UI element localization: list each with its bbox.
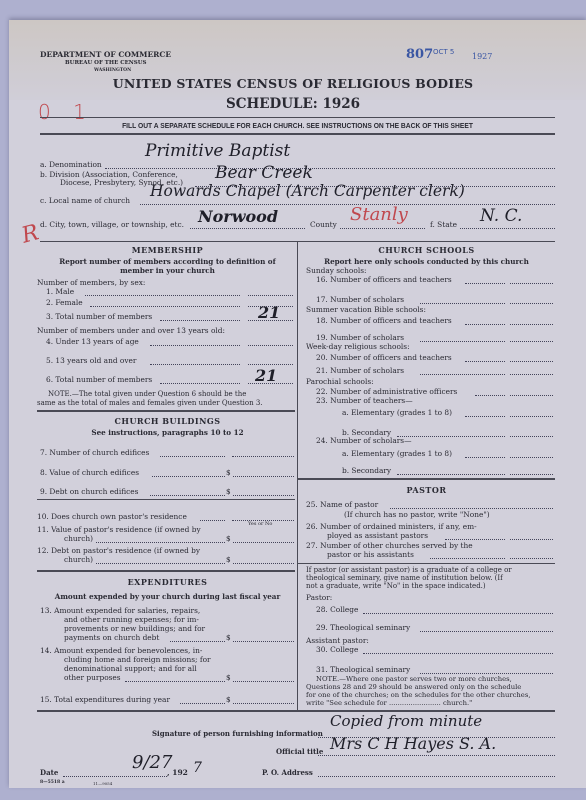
denomination-field[interactable]: Primitive Baptist	[145, 141, 290, 161]
assistant-sub-label: Assistant pastor:	[306, 636, 369, 645]
q8-label: 8. Value of church edifices	[40, 468, 139, 477]
form-title: UNITED STATES CENSUS OF RELIGIOUS BODIES	[0, 76, 586, 91]
signature-label: Signature of person furnishing informati…	[152, 729, 323, 738]
q13-label-2: and other running expenses; for im-	[64, 615, 199, 624]
city-label: d. City, town, village, or township, etc…	[40, 220, 184, 229]
county-field[interactable]: Stanly	[350, 204, 408, 225]
q12-label-1: 12. Debt on pastor's residence (if owned…	[37, 546, 200, 555]
q15-label: 15. Total expenditures during year	[40, 695, 170, 704]
q21-field[interactable]	[510, 374, 553, 375]
stamp-year: 1927	[472, 52, 492, 61]
church-buildings-heading: CHURCH BUILDINGS	[40, 416, 295, 426]
yes-no-hint: Yes or No	[248, 521, 272, 527]
q29-label: 29. Theological seminary	[316, 623, 410, 632]
q24a-label: a. Elementary (grades 1 to 8)	[342, 449, 452, 458]
q14-label-3: denominational support; and for all	[64, 664, 197, 673]
dollar-sign: $	[226, 673, 231, 682]
q19-field[interactable]	[510, 341, 553, 342]
q6-field[interactable]: 21	[255, 366, 277, 385]
year-prefix: , 192	[167, 768, 188, 777]
q16-label: 16. Number of officers and teachers	[316, 275, 452, 284]
q29-field[interactable]	[420, 631, 553, 632]
q4-label: 4. Under 13 years of age	[46, 337, 139, 346]
q30-field[interactable]	[363, 653, 553, 654]
dollar-sign: $	[226, 555, 231, 564]
po-address-field[interactable]	[318, 776, 555, 777]
stamp-number: 807	[406, 47, 433, 62]
q14-field[interactable]	[233, 681, 294, 682]
membership-note-2: same as the total of males and females g…	[37, 399, 263, 408]
summer-schools-label: Summer vacation Bible schools:	[306, 305, 426, 314]
q13-label-1: 13. Amount expended for salaries, repair…	[40, 606, 200, 615]
q11-field[interactable]	[233, 542, 294, 543]
bureau-label: BUREAU OF THE CENSUS	[65, 60, 147, 66]
q26-label-1: 26. Number of ordained ministers, if any…	[306, 522, 477, 531]
pastor-note-4: write "See schedule for ................…	[306, 699, 472, 708]
q25-label: 25. Name of pastor	[306, 500, 378, 509]
q24-label: 24. Number of scholars—	[316, 436, 412, 445]
q1-label: 1. Male	[46, 287, 74, 296]
q20-field[interactable]	[510, 361, 553, 362]
membership-heading: MEMBERSHIP	[40, 245, 295, 255]
q24b-field[interactable]	[510, 474, 553, 475]
membership-note-1: NOTE.—The total given under Question 6 s…	[48, 390, 246, 399]
church-buildings-sub: See instructions, paragraphs 10 to 12	[40, 428, 295, 437]
official-title-label: Official title	[276, 747, 323, 756]
local-name-field[interactable]: Howards Chapel (Arch Carpenter clerk)	[150, 182, 465, 200]
q14-label-1: 14. Amount expended for benevolences, in…	[40, 646, 202, 655]
state-label: f. State	[430, 220, 457, 229]
q17-field[interactable]	[510, 303, 553, 304]
q14-label-2: cluding home and foreign missions; for	[64, 655, 211, 664]
denomination-label: a. Denomination	[40, 160, 102, 169]
q16-field[interactable]	[510, 283, 553, 284]
form-number: 8—5518 a	[40, 780, 65, 785]
q1-field[interactable]	[248, 295, 293, 296]
q30-label: 30. College	[316, 645, 358, 654]
q4-field[interactable]	[248, 345, 293, 346]
stamp-date: OCT 5	[433, 48, 454, 56]
q12-field[interactable]	[233, 563, 294, 564]
q7-label: 7. Number of church edifices	[40, 448, 149, 457]
dollar-sign: $	[226, 534, 231, 543]
q31-label: 31. Theological seminary	[316, 665, 410, 674]
q18-label: 18. Number of officers and teachers	[316, 316, 452, 325]
q25-field[interactable]	[390, 508, 553, 509]
q28-field[interactable]	[363, 613, 553, 614]
q26-field[interactable]	[510, 539, 553, 540]
city-field[interactable]: Norwood	[198, 207, 278, 226]
q13-label-3: provements or new buildings; and for	[64, 624, 205, 633]
q5-label: 5. 13 years old and over	[46, 356, 136, 365]
date-label: Date	[40, 768, 58, 777]
local-name-label: c. Local name of church	[40, 196, 130, 205]
q11-label-2: church)	[64, 534, 93, 543]
dollar-sign: $	[226, 468, 231, 477]
q20-label: 20. Number of officers and teachers	[316, 353, 452, 362]
q2-label: 2. Female	[46, 298, 83, 307]
q18-field[interactable]	[510, 324, 553, 325]
q3-label: 3. Total number of members	[46, 312, 152, 321]
age-label: Number of members under and over 13 year…	[37, 326, 225, 335]
q19-label: 19. Number of scholars	[316, 333, 404, 342]
church-schools-sub: Report here only schools conducted by th…	[298, 257, 555, 266]
q21-label: 21. Number of scholars	[316, 366, 404, 375]
membership-sub-2: member in your church	[40, 266, 295, 275]
parochial-schools-label: Parochial schools:	[306, 377, 374, 386]
by-sex-label: Number of members, by sex:	[37, 278, 145, 287]
q27-label-2: pastor or his assistants	[327, 550, 414, 559]
q13-label-4: payments on church debt	[64, 633, 159, 642]
dollar-sign: $	[226, 487, 231, 496]
official-title-field[interactable]: Mrs C H Hayes S. A.	[330, 734, 496, 753]
county-label: County	[310, 220, 337, 229]
department-label: DEPARTMENT OF COMMERCE	[40, 50, 171, 59]
q17-label: 17. Number of scholars	[316, 295, 404, 304]
q24a-field[interactable]	[510, 457, 553, 458]
membership-sub-1: Report number of members according to de…	[40, 257, 295, 266]
q27-field[interactable]	[510, 558, 553, 559]
q23-label: 23. Number of teachers—	[316, 396, 413, 405]
q6-label: 6. Total number of members	[46, 375, 152, 384]
dollar-sign: $	[226, 695, 231, 704]
q23a-field[interactable]	[510, 416, 553, 417]
church-schools-heading: CHURCH SCHOOLS	[298, 245, 555, 255]
q25-note: (If church has no pastor, write "None")	[344, 510, 490, 519]
q8-field[interactable]	[233, 476, 294, 477]
q11-label-1: 11. Value of pastor's residence (if owne…	[37, 525, 201, 534]
po-address-label: P. O. Address	[262, 768, 313, 777]
expenditures-heading: EXPENDITURES	[40, 577, 295, 587]
q22-label: 22. Number of administrative officers	[316, 387, 457, 396]
city-label: WASHINGTON	[94, 68, 131, 74]
q31-field[interactable]	[420, 673, 553, 674]
q9-field[interactable]	[233, 495, 294, 496]
expenditures-sub: Amount expended by your church during la…	[40, 592, 295, 601]
q27-label-1: 27. Number of other churches served by t…	[306, 541, 473, 550]
q28-label: 28. College	[316, 605, 358, 614]
q14-label-4: other purposes	[64, 673, 121, 682]
q13-field[interactable]	[233, 641, 294, 642]
division-field[interactable]: Bear Creek	[215, 163, 313, 183]
q7-field[interactable]	[232, 456, 294, 457]
q3-field[interactable]: 21	[258, 303, 280, 322]
sunday-schools-label: Sunday schools:	[306, 266, 366, 275]
q9-label: 9. Debt on church edifices	[40, 487, 138, 496]
q15-field[interactable]	[233, 703, 294, 704]
signature-field[interactable]: Copied from minute	[330, 712, 482, 730]
instruction-banner: FILL OUT A SEPARATE SCHEDULE FOR EACH CH…	[61, 121, 535, 130]
state-field[interactable]: N. C.	[480, 206, 522, 226]
pastor-heading: PASTOR	[298, 485, 555, 495]
q26-label-2: ployed as assistant pastors	[327, 531, 428, 540]
pastor-sub-label: Pastor:	[306, 593, 332, 602]
q5-field[interactable]	[248, 364, 293, 365]
q22-field[interactable]	[510, 395, 553, 396]
dollar-sign: $	[226, 633, 231, 642]
q23a-label: a. Elementary (grades 1 to 8)	[342, 408, 452, 417]
q23b-field[interactable]	[510, 436, 553, 437]
q10-label: 10. Does church own pastor's residence	[37, 512, 187, 521]
q12-label-2: church)	[64, 555, 93, 564]
weekday-schools-label: Week-day religious schools:	[306, 342, 410, 351]
q24b-label: b. Secondary	[342, 466, 391, 475]
year-field[interactable]: 7	[193, 760, 202, 776]
graduate-note-3: not a graduate, write "No" in the space …	[306, 582, 486, 591]
print-number: 11—9054	[93, 781, 112, 786]
